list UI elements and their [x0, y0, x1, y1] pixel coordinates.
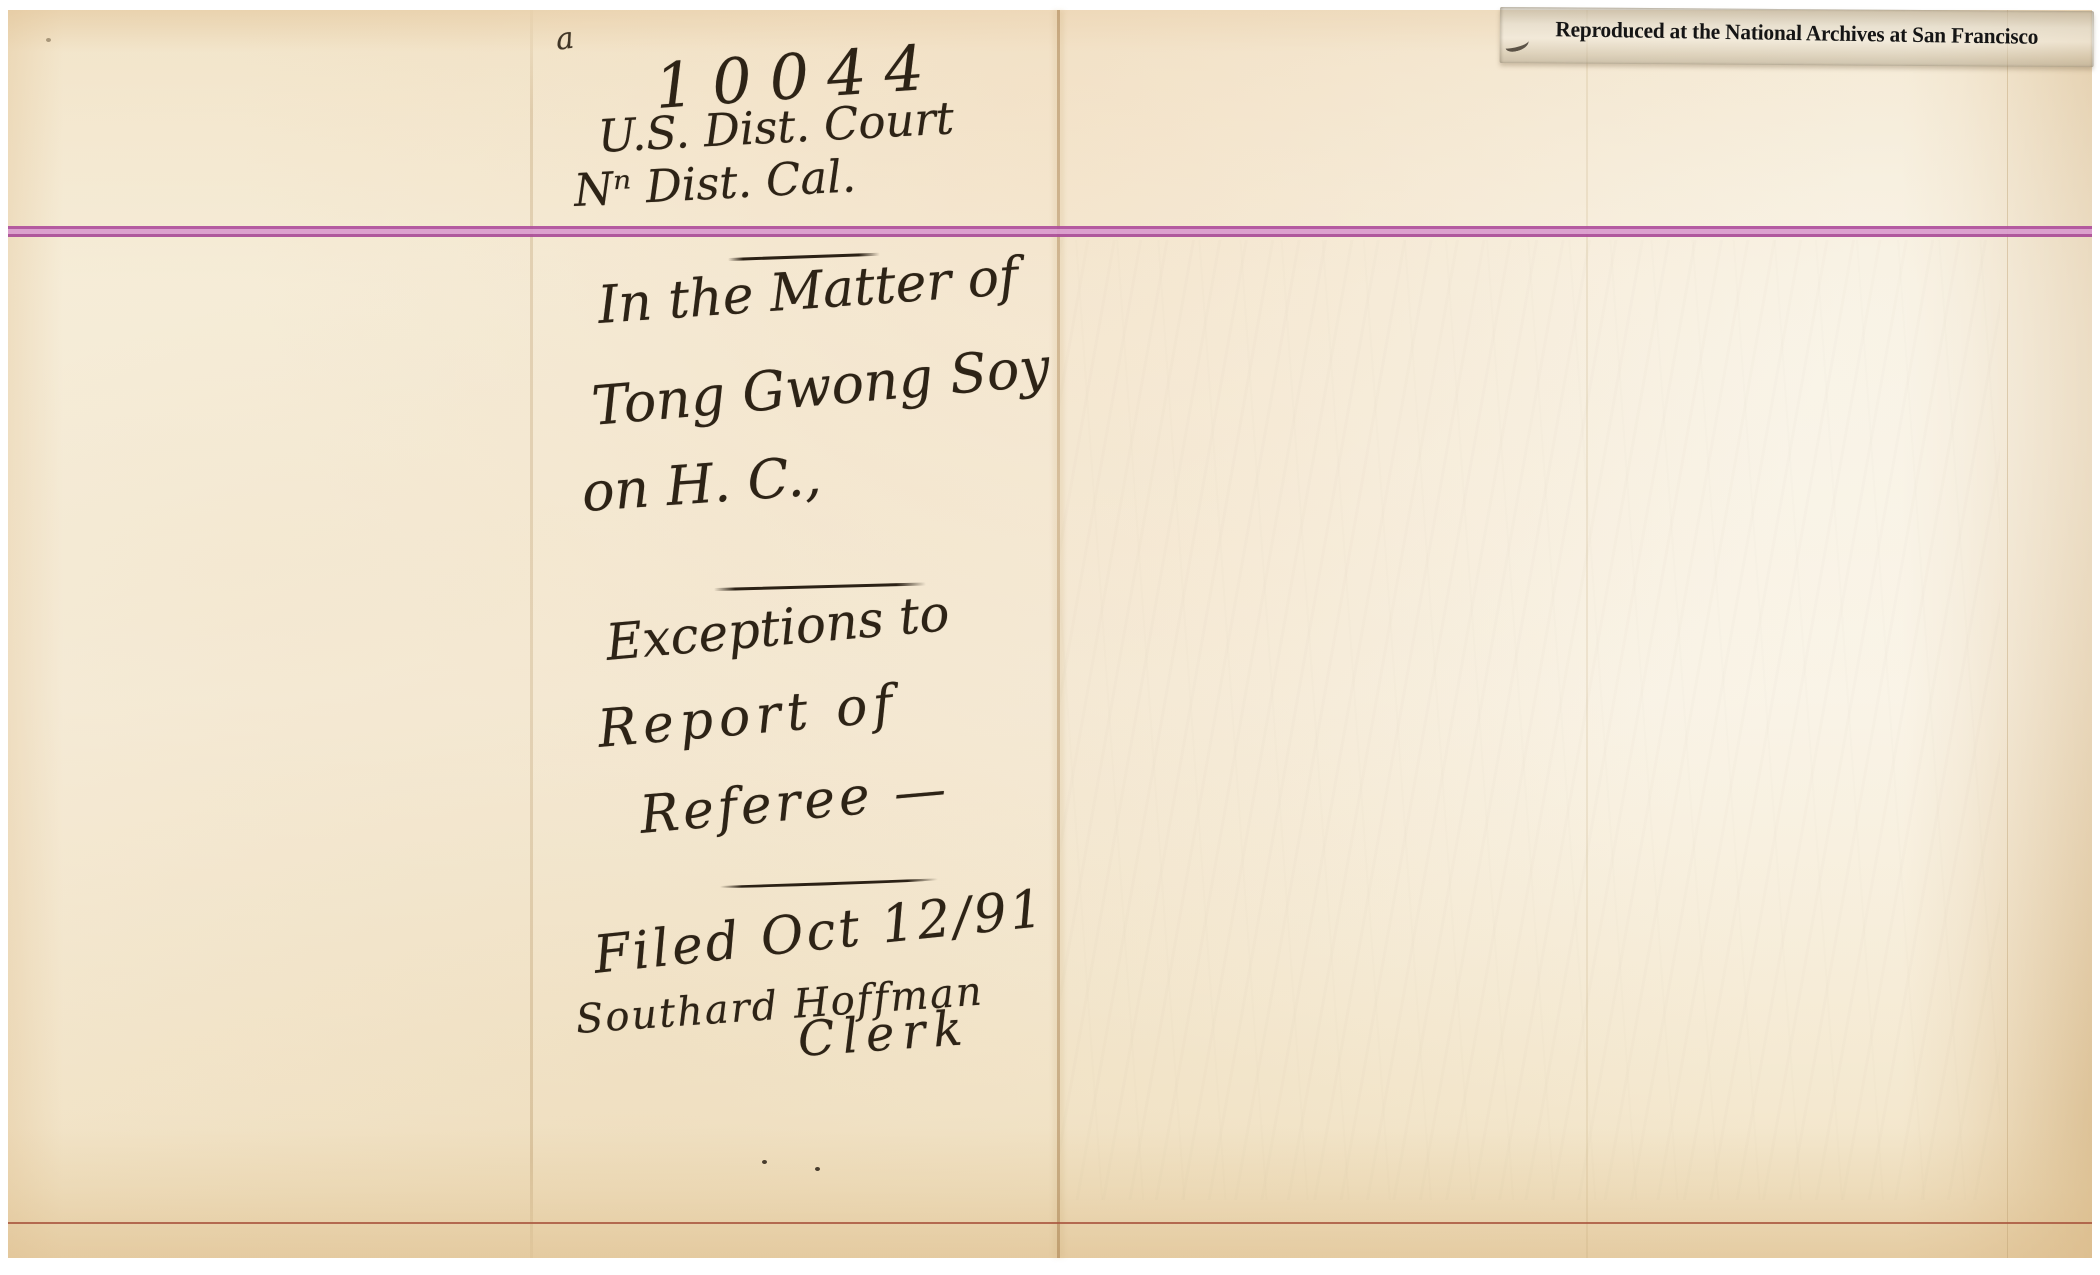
document-scan: Reproduced at the National Archives at S… [0, 0, 2100, 1275]
pink-ruled-line [8, 226, 2092, 237]
bleed-through-ghosting [1060, 240, 2000, 1200]
paper-speck [46, 38, 51, 42]
bottom-ruled-line [8, 1222, 2092, 1224]
handwriting-clerk-title: Clerk [796, 1004, 971, 1064]
ink-dot-2 [815, 1167, 820, 1171]
handwriting-matter-line-3: on H. C., [580, 449, 823, 520]
fold-crease-left [530, 10, 533, 1258]
handwriting-court-line-2: Nⁿ Dist. Cal. [573, 153, 857, 213]
ink-dot-1 [762, 1160, 767, 1164]
page-edge-right [2007, 10, 2008, 1258]
archive-stamp-tape: Reproduced at the National Archives at S… [1500, 7, 2094, 67]
paper [8, 10, 2092, 1258]
archive-stamp-text: Reproduced at the National Archives at S… [1509, 16, 2086, 51]
